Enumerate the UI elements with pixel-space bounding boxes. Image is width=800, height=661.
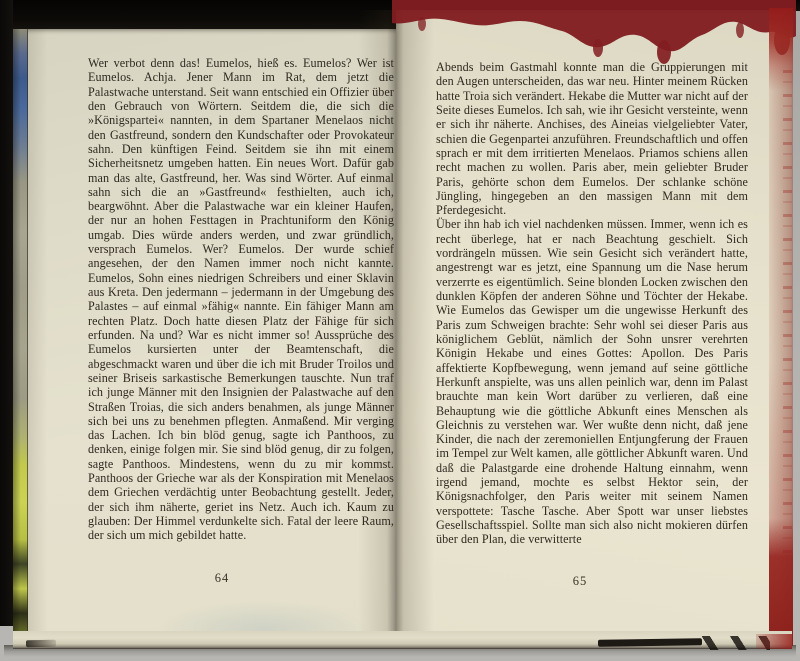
paragraph: Über ihn hab ich viel nachdenken müssen.… (436, 217, 748, 546)
right-page-text: Abends beim Gastmahl konnte man die Grup… (436, 60, 748, 547)
red-speckle-edge (783, 70, 792, 560)
background-top (0, 0, 404, 32)
left-page-number: 64 (200, 571, 244, 586)
paragraph: Wer verbot denn das! Eumelos, hieß es. E… (88, 56, 394, 543)
left-page-text: Wer verbot denn das! Eumelos, hieß es. E… (88, 56, 394, 543)
black-paint-mark-bottom (598, 638, 702, 646)
painted-fore-edge-left (13, 29, 28, 644)
paragraph: Abends beim Gastmahl konnte man die Grup… (436, 60, 748, 217)
background-left (0, 0, 13, 626)
red-paint-top-edge (392, 0, 796, 66)
photo-open-book: Wer verbot denn das! Eumelos, hieß es. E… (0, 0, 800, 661)
right-page-number: 65 (558, 574, 602, 589)
red-paint-bottom-corner (756, 634, 792, 649)
dark-mark-bottom-left (26, 640, 56, 648)
